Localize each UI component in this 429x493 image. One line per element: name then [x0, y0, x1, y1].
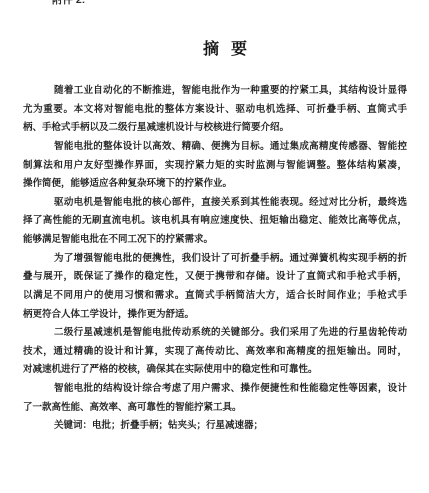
text-line: 关键词：电批；折叠手柄；钻夹头；行星减速器；: [23, 417, 407, 436]
text-line: 对减速机进行了严格的校核，确保其在实际使用中的稳定性和可靠性。: [23, 361, 407, 380]
text-line: 二级行星减速机是智能电批传动系统的关键部分。我们采用了先进的行星齿轮传动: [23, 324, 407, 343]
abstract-page: 附件 2: 摘 要 随着工业自动化的不断推进，智能电批作为一种重要的拧紧工具，其…: [0, 0, 429, 493]
text-line: 智能电批的整体设计以高效、精确、便携为目标。通过集成高精度传感器、智能控: [23, 138, 407, 157]
text-line: 柄更符合人体工学设计，操作更为舒适。: [23, 306, 407, 325]
text-line: 智能电批的结构设计综合考虑了用户需求、操作便捷性和性能稳定性等因素，设计: [23, 380, 407, 399]
text-line: 驱动电机是智能电批的核心部件，直接关系到其性能表现。经过对比分析，最终选: [23, 194, 407, 213]
text-line: 技术，通过精确的设计和计算，实现了高传动比、高效率和高精度的扭矩输出。同时，: [23, 343, 407, 362]
text-line: 以满足不同用户的使用习惯和需求。直筒式手柄简洁大方，适合长时间作业；手枪式手: [23, 287, 407, 306]
text-line: 制算法和用户友好型操作界面，实现拧紧力矩的实时监测与智能调整。整体结构紧凑，: [23, 157, 407, 176]
text-line: 叠与展开，既保证了操作的稳定性，又便于携带和存储。设计了直筒式和手枪式手柄，: [23, 268, 407, 287]
abstract-body: 随着工业自动化的不断推进，智能电批作为一种重要的拧紧工具，其结构设计显得尤为重要…: [23, 82, 407, 436]
page-title: 摘 要: [0, 36, 429, 59]
text-line: 尤为重要。本文将对智能电批的整体方案设计、驱动电机选择、可折叠手柄、直筒式手: [23, 101, 407, 120]
text-line: 随着工业自动化的不断推进，智能电批作为一种重要的拧紧工具，其结构设计显得: [23, 82, 407, 101]
text-line: 操作简便，能够适应各种复杂环境下的拧紧作业。: [23, 175, 407, 194]
text-line: 了一款高性能、高效率、高可靠性的智能拧紧工具。: [23, 399, 407, 418]
text-line: 能够满足智能电批在不同工况下的拧紧需求。: [23, 231, 407, 250]
text-line: 择了高性能的无刷直流电机。该电机具有响应速度快、扭矩输出稳定、能效比高等优点，: [23, 212, 407, 231]
text-line: 为了增强智能电批的便携性，我们设计了可折叠手柄。通过弹簧机构实现手柄的折: [23, 250, 407, 269]
text-line: 柄、手枪式手柄以及二级行星减速机设计与校核进行简要介绍。: [23, 119, 407, 138]
attachment-label: 附件 2:: [52, 0, 85, 6]
